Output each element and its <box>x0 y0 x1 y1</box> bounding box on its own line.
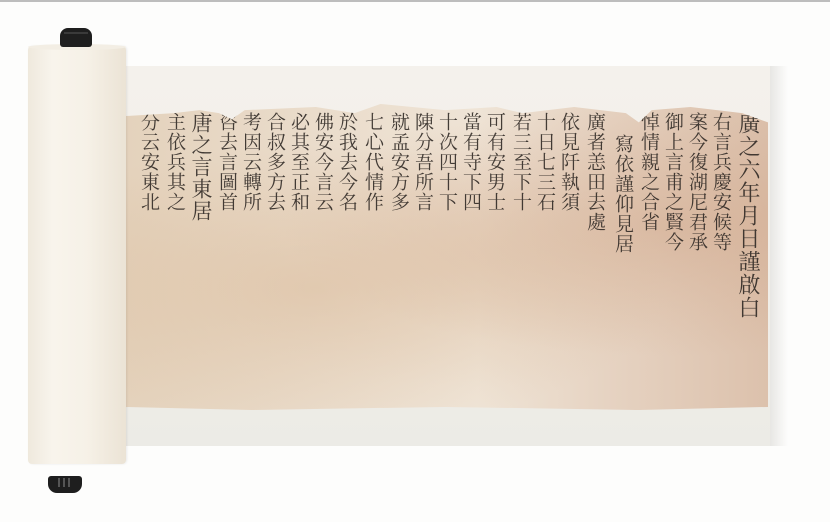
text-column: 依見阡執須 <box>558 112 580 212</box>
text-column: 十日七三石 <box>534 112 556 212</box>
text-column: 必其至正和 <box>288 112 310 212</box>
text-column: 右言兵慶安候等 <box>710 112 732 252</box>
text-column: 廣者恙田去處 <box>584 112 606 232</box>
top-border <box>0 0 830 2</box>
text-column: 分云安東北 <box>138 112 160 212</box>
roller-knob-top <box>60 28 92 47</box>
text-column: 咨去言圖首 <box>216 112 238 212</box>
text-column: 廣之六年月日謹啟白 <box>736 112 758 319</box>
text-column: 就孟安方多 <box>388 112 410 212</box>
manuscript-paper: 廣之六年月日謹啟白 右言兵慶安候等 案今復湖尼君承 御上言甫之賢今 悼情親之合省… <box>122 104 768 410</box>
text-column: 十次四十下 <box>436 112 458 212</box>
text-column: 陳分吾所言 <box>412 112 434 212</box>
text-column: 當有寺下四 <box>460 112 482 212</box>
text-column: 悼情親之合省 <box>638 112 660 232</box>
text-column: 唐之言東居 <box>190 112 212 222</box>
text-column: 可有安男士 <box>484 112 506 212</box>
text-column: 若三至下十 <box>510 112 532 212</box>
text-column: 佛安今言云 <box>312 112 334 212</box>
roller-knob-bottom <box>48 476 82 493</box>
text-column: 於我去今名 <box>336 112 358 212</box>
text-column: 七心代情作 <box>362 112 384 212</box>
text-column: 合叔多方去 <box>264 112 286 212</box>
text-column: 主依兵其之 <box>164 112 186 212</box>
text-column: 御上言甫之賢今 <box>662 112 684 252</box>
text-column: 寫依謹仰見居 <box>612 134 634 254</box>
text-column: 考因云轉所 <box>240 112 262 212</box>
scroll-roller <box>28 46 126 464</box>
text-column: 案今復湖尼君承 <box>686 112 708 252</box>
mount-edge-shadow <box>770 66 788 446</box>
